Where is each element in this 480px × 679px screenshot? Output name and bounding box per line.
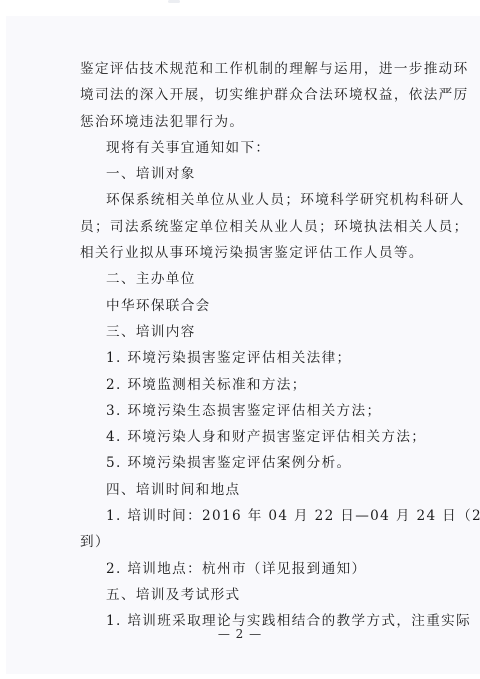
page-number: — 2 — bbox=[0, 627, 480, 641]
intro-line: 现将有关事宜通知如下： bbox=[80, 135, 412, 161]
training-time: 1. 培训时间：2016 年 04 月 22 日—04 月 24 日（22 日报 bbox=[80, 503, 412, 529]
body-line: 境司法的深入开展，切实维护群众合法环境权益，依法严厉 bbox=[80, 82, 412, 108]
section-heading-training-content: 三、培训内容 bbox=[80, 319, 412, 345]
section-heading-organizer: 二、主办单位 bbox=[80, 266, 412, 292]
body-line: 员；司法系统鉴定单位相关从业人员；环境执法相关人员； bbox=[80, 214, 412, 240]
content-item-5: 5. 环境污染损害鉴定评估案例分析。 bbox=[80, 450, 412, 476]
organizer-name: 中华环保联合会 bbox=[80, 293, 412, 319]
section-heading-format: 五、培训及考试形式 bbox=[80, 582, 412, 608]
body-line: 鉴定评估技术规范和工作机制的理解与运用，进一步推动环 bbox=[80, 56, 412, 82]
training-place: 2. 培训地点：杭州市（详见报到通知） bbox=[80, 556, 412, 582]
training-time-continued: 到） bbox=[80, 529, 412, 555]
scan-mark bbox=[168, 0, 180, 3]
document-body: 鉴定评估技术规范和工作机制的理解与运用，进一步推动环 境司法的深入开展，切实维护… bbox=[80, 56, 412, 635]
body-line: 惩治环境违法犯罪行为。 bbox=[80, 109, 412, 135]
content-item-1: 1. 环境污染损害鉴定评估相关法律； bbox=[80, 345, 412, 371]
section-heading-training-target: 一、培训对象 bbox=[80, 161, 412, 187]
section-heading-time-place: 四、培训时间和地点 bbox=[80, 477, 412, 503]
content-item-3: 3. 环境污染生态损害鉴定评估相关方法； bbox=[80, 398, 412, 424]
content-item-4: 4. 环境污染人身和财产损害鉴定评估相关方法； bbox=[80, 424, 412, 450]
body-line: 环保系统相关单位从业人员；环境科学研究机构科研人 bbox=[80, 187, 412, 213]
content-item-2: 2. 环境监测相关标准和方法； bbox=[80, 372, 412, 398]
body-line: 相关行业拟从事环境污染损害鉴定评估工作人员等。 bbox=[80, 240, 412, 266]
